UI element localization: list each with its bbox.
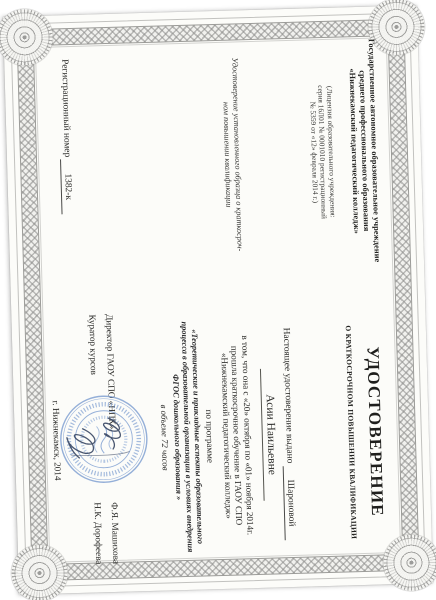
course-period-text: в том, что она с «20» октября по «01» но…: [217, 310, 256, 561]
issued-to-line: Настоящее удостоверение выдано Шароновой: [278, 309, 297, 559]
registration-number: Регистрационный номер 1382-к: [57, 59, 75, 279]
registration-number-label: Регистрационный номер: [59, 59, 72, 157]
holder-surname: Шароновой: [283, 466, 297, 541]
signature-role: Куратор курсов: [86, 314, 99, 375]
certificate-type-note: Удостоверение установленного образца о к…: [219, 36, 245, 272]
license-info: (Лицензия образовательного учреждения: с…: [305, 34, 338, 271]
certificate-page: Государственное автономное образовательн…: [3, 5, 433, 594]
signature-name: Н.К. Дорофеева: [92, 502, 105, 564]
scanned-certificate: Государственное автономное образовательн…: [0, 0, 436, 600]
rosette-icon: [368, 0, 426, 56]
rosette-icon: [383, 534, 436, 592]
signature-name: Ф.Я. Машихова: [109, 502, 122, 564]
certificate-title: УДОСТОВЕРЕНИЕ: [361, 306, 388, 556]
program-title: «Теоретические и прикладные аспекты обра…: [169, 312, 205, 563]
certificate-subtitle: О КРАТКОСРОЧНОМ ПОВЫШЕНИИ КВАЛИФИКАЦИИ: [343, 307, 359, 557]
frame-band-bottom: [16, 29, 48, 581]
issued-to-label: Настоящее удостоверение выдано: [281, 328, 295, 464]
institution-name: Государственное автономное образовательн…: [346, 32, 382, 269]
registration-number-value: 1382-к: [60, 159, 74, 214]
frame-band-top: [387, 19, 419, 571]
rosette-icon: [0, 9, 53, 67]
official-stamp: [57, 392, 152, 487]
holder-name: Асии Наильевне: [259, 309, 281, 559]
